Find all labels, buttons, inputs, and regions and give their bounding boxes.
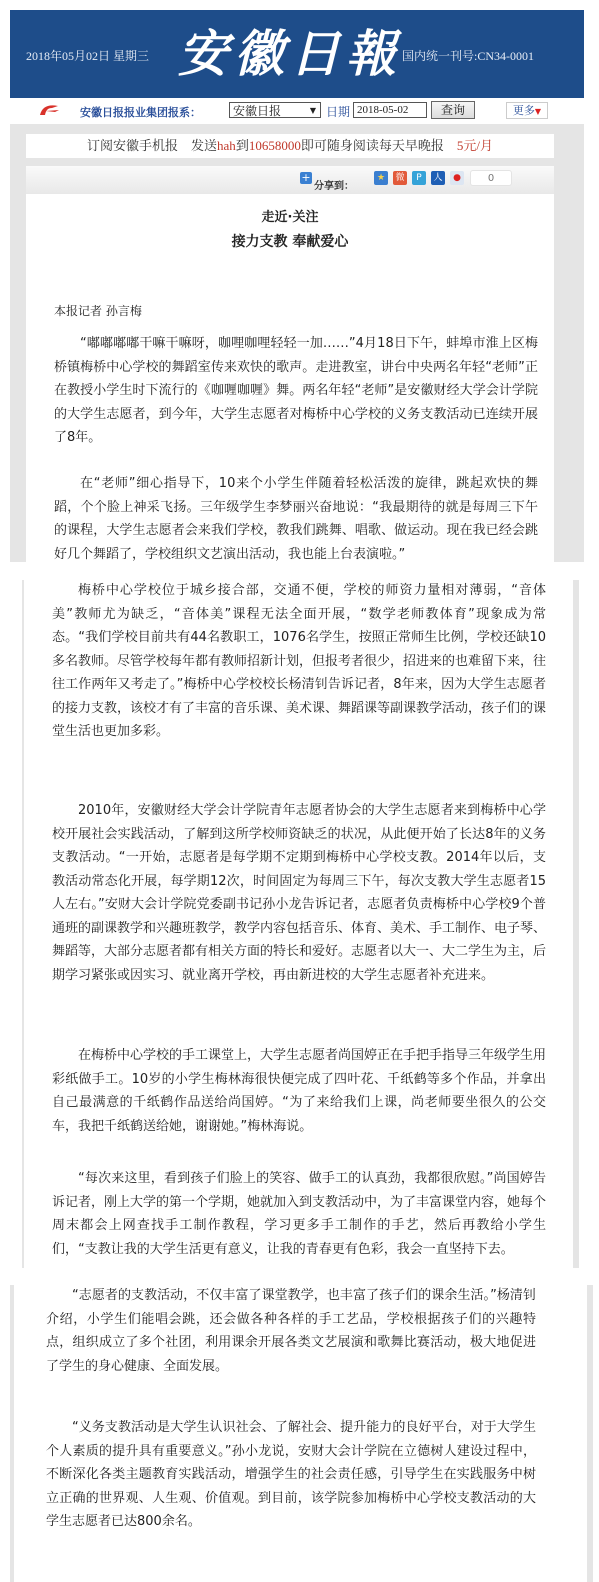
article-paragraph: 2010年，安徽财经大学会计学院青年志愿者协会的大学生志愿者来到梅桥中心学校开展… <box>52 799 546 987</box>
mobile-subscription-promo[interactable]: 订阅安徽手机报 发送hah到10658000即可随身阅读每天早晚报 5元/月 <box>26 134 554 158</box>
paper-select[interactable]: 安徽日报 ▼ <box>229 102 321 118</box>
tencent-weibo-icon[interactable]: P <box>412 171 426 185</box>
article-paragraph: “嘟嘟嘟嘟干嘛干嘛呀，咖哩咖哩轻轻一加……”4月18日下午，蚌埠市淮上区梅桥镇梅… <box>54 332 538 450</box>
kaixin-icon[interactable]: ● <box>450 171 464 185</box>
article-paragraph: “志愿者的支教活动，不仅丰富了课堂教学，也丰富了孩子们的课余生活。”杨清钊介绍，… <box>46 1284 536 1378</box>
article-headline: 接力支教 奉献爱心 <box>26 231 554 251</box>
article-paragraph: 在“老师”细心指导下，10来个小学生伴随着轻松活泼的旋律，跳起欢快的舞蹈，个个脸… <box>54 472 538 566</box>
more-button[interactable]: 更多▼ <box>506 102 548 119</box>
share-plus-icon[interactable]: + <box>300 172 312 184</box>
more-button-label: 更多 <box>513 104 535 117</box>
promo-text: 到 <box>236 139 249 154</box>
article-body-part-3: “志愿者的支教活动，不仅丰富了课堂教学，也丰富了孩子们的课余生活。”杨清钊介绍，… <box>14 1285 587 1582</box>
newspaper-logo[interactable]: 安徽日報 <box>178 24 402 84</box>
promo-code: hah <box>217 138 236 153</box>
article-paragraph: “义务支教活动是大学生认识社会、了解社会、提升能力的良好平台，对于大学生个人素质… <box>46 1416 536 1534</box>
masthead-banner: 2018年05月02日 星期三 安徽日報 国内统一刊号:CN34-0001 <box>10 10 584 98</box>
promo-number: 10658000 <box>249 138 301 153</box>
article-paragraph: “每次来这里，看到孩子们脸上的笑容、做手工的认真劲，我都很欣慰。”尚国婷告诉记者… <box>52 1167 546 1261</box>
issn-number: 国内统一刊号:CN34-0001 <box>402 47 534 64</box>
article-paragraph: 梅桥中心学校位于城乡接合部，交通不便，学校的师资力量相对薄弱，“音体美”教师尤为… <box>52 579 546 744</box>
caret-down-icon: ▼ <box>535 107 541 116</box>
promo-text: 即可随身阅读每天早晚报 <box>301 139 457 154</box>
promo-text: 订阅安徽手机报 发送 <box>87 139 217 154</box>
article-body-part-2: 梅桥中心学校位于城乡接合部，交通不便，学校的师资力量相对薄弱，“音体美”教师尤为… <box>24 580 572 1268</box>
article-kicker: 走近·关注 <box>26 206 554 225</box>
page-background <box>573 580 579 1268</box>
date-input[interactable]: 2018-05-02 <box>353 102 427 118</box>
group-logo-icon <box>38 104 60 116</box>
weibo-icon[interactable]: 微 <box>393 171 407 185</box>
article-body-part-1: 走近·关注 接力支教 奉献爱心 本报记者 孙言梅 “嘟嘟嘟嘟干嘛干嘛呀，咖哩咖哩… <box>26 194 554 562</box>
renren-icon[interactable]: 人 <box>431 171 445 185</box>
share-count: 0 <box>470 170 512 186</box>
date-label: 日期 <box>326 103 350 120</box>
qzone-icon[interactable]: ★ <box>374 171 388 185</box>
share-bar: + 分享到： ★ 微 P 人 ● 0 <box>26 166 554 194</box>
share-label: 分享到： <box>314 177 354 192</box>
article-byline: 本报记者 孙言梅 <box>54 302 142 319</box>
dropdown-arrow-icon: ▼ <box>310 103 316 119</box>
article-paragraph: 在梅桥中心学校的手工课堂上，大学生志愿者尚国婷正在手把手指导三年级学生用彩纸做手… <box>52 1044 546 1138</box>
edition-toolbar: 安徽日报报业集团报系： 安徽日报 ▼ 日期 2018-05-02 查询 更多▼ <box>10 98 584 124</box>
query-button[interactable]: 查询 <box>431 101 475 119</box>
page-background <box>587 1285 593 1582</box>
paper-select-value: 安徽日报 <box>233 104 281 118</box>
issue-date: 2018年05月02日 星期三 <box>26 47 149 64</box>
group-papers-label: 安徽日报报业集团报系： <box>80 104 201 120</box>
promo-price: 5元/月 <box>457 138 493 153</box>
